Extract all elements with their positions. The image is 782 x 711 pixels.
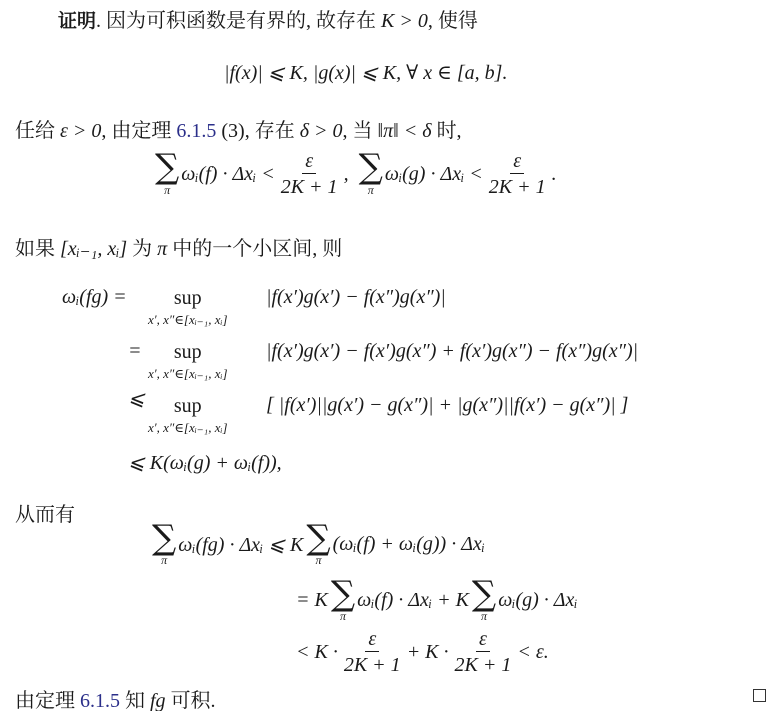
row3-b: + K · bbox=[407, 641, 449, 664]
align1-rel-eq: = bbox=[128, 340, 142, 363]
period: . bbox=[552, 163, 557, 186]
conclusion-line: 由定理 6.1.5 知 fg 可积. bbox=[15, 684, 216, 711]
summation: ∑π bbox=[155, 151, 179, 196]
fraction: ε2K + 1 bbox=[486, 150, 549, 198]
row2-a: = K bbox=[296, 589, 328, 612]
row2-b: ωᵢ(f) · Δxᵢ + K bbox=[357, 589, 469, 612]
theorem-ref-link[interactable]: 6.1.5 bbox=[80, 690, 120, 711]
math-k-positive: K > 0 bbox=[381, 10, 428, 32]
sup-operator-3: supx′, x″∈[xᵢ₋₁, xᵢ] bbox=[148, 394, 228, 436]
sum-g-term: ωᵢ(g) · Δxᵢ < bbox=[385, 163, 483, 186]
align1-lhs: ωᵢ(fg) = bbox=[62, 286, 127, 309]
oscillation-sum-equation: ∑π ωᵢ(f) · Δxᵢ < ε2K + 1 , ∑π ωᵢ(g) · Δx… bbox=[155, 150, 557, 198]
row3-a: < K · bbox=[296, 641, 338, 664]
fraction: ε2K + 1 bbox=[278, 150, 341, 198]
summation: ∑π bbox=[359, 151, 383, 196]
math-interval: [xᵢ₋₁, xᵢ] bbox=[60, 238, 127, 260]
row1-lhs: ωᵢ(fg) · Δxᵢ ⩽ K bbox=[178, 532, 303, 557]
summation: ∑π bbox=[331, 578, 355, 623]
row1-rhs: (ωᵢ(f) + ωᵢ(g)) · Δxᵢ bbox=[333, 533, 485, 556]
separator: , bbox=[344, 163, 349, 186]
text: (3), 存在 bbox=[216, 120, 299, 142]
row2-c: ωᵢ(g) · Δxᵢ bbox=[498, 589, 577, 612]
bound-equation: |f(x)| ⩽ K, |g(x)| ⩽ K, ∀ x ∈ [a, b]. bbox=[224, 60, 507, 85]
math-norm: ‖π‖ < δ bbox=[378, 120, 432, 142]
epsilon-line: 任给 ε > 0, 由定理 6.1.5 (3), 存在 δ > 0, 当 ‖π‖… bbox=[15, 114, 462, 143]
align2-row1: ∑π ωᵢ(fg) · Δxᵢ ⩽ K ∑π (ωᵢ(f) + ωᵢ(g)) ·… bbox=[152, 522, 485, 567]
math-delta: δ > 0 bbox=[300, 120, 343, 142]
text: 为 bbox=[127, 238, 157, 260]
row3-end: < ε. bbox=[517, 641, 548, 664]
text: , 当 bbox=[343, 120, 378, 142]
align1-row1: |f(x′)g(x′) − f(x″)g(x″)| bbox=[266, 286, 446, 309]
summation: ∑π bbox=[152, 522, 176, 567]
math-fg: fg bbox=[150, 690, 166, 711]
text: 时, bbox=[432, 120, 462, 142]
theorem-ref-link[interactable]: 6.1.5 bbox=[176, 120, 216, 142]
text: 中的一个小区间, 则 bbox=[167, 238, 342, 260]
align2-row3: < K · ε2K + 1 + K · ε2K + 1 < ε. bbox=[296, 628, 549, 676]
intro-tail: , 使得 bbox=[428, 10, 478, 32]
math-pi: π bbox=[157, 238, 167, 260]
text: 可积. bbox=[166, 690, 216, 711]
interval-line: 如果 [xᵢ₋₁, xᵢ] 为 π 中的一个小区间, 则 bbox=[15, 232, 342, 261]
summation: ∑π bbox=[472, 578, 496, 623]
text: 任给 bbox=[15, 120, 60, 142]
fraction: ε2K + 1 bbox=[452, 628, 515, 676]
align2-row2: = K ∑π ωᵢ(f) · Δxᵢ + K ∑π ωᵢ(g) · Δxᵢ bbox=[296, 578, 578, 623]
qed-square-icon bbox=[753, 689, 766, 702]
align1-row4: ⩽ K(ωᵢ(g) + ωᵢ(f)), bbox=[128, 450, 282, 475]
text: 知 bbox=[120, 690, 150, 711]
proof-intro-line: 证明. 因为可积函数是有界的, 故存在 K > 0, 使得 bbox=[58, 4, 478, 33]
summation: ∑π bbox=[306, 522, 330, 567]
text: 由定理 bbox=[15, 690, 80, 711]
sum-f-term: ωᵢ(f) · Δxᵢ < bbox=[181, 163, 274, 186]
align1-row2: |f(x′)g(x′) − f(x′)g(x″) + f(x′)g(x″) − … bbox=[266, 340, 638, 363]
sup-operator-1: supx′, x″∈[xᵢ₋₁, xᵢ] bbox=[148, 286, 228, 328]
text: 如果 bbox=[15, 238, 60, 260]
text: , 由定理 bbox=[101, 120, 176, 142]
math-epsilon: ε > 0 bbox=[60, 120, 101, 142]
fraction: ε2K + 1 bbox=[341, 628, 404, 676]
sup-operator-2: supx′, x″∈[xᵢ₋₁, xᵢ] bbox=[148, 340, 228, 382]
intro-text: . 因为可积函数是有界的, 故存在 bbox=[96, 10, 381, 32]
proof-label: 证明 bbox=[58, 10, 96, 32]
align1-row3: [ |f(x′)||g(x′) − g(x″)| + |g(x″)||f(x′)… bbox=[266, 394, 628, 417]
thus-line: 从而有 bbox=[15, 498, 75, 527]
align1-rel-le: ⩽ bbox=[128, 386, 145, 411]
